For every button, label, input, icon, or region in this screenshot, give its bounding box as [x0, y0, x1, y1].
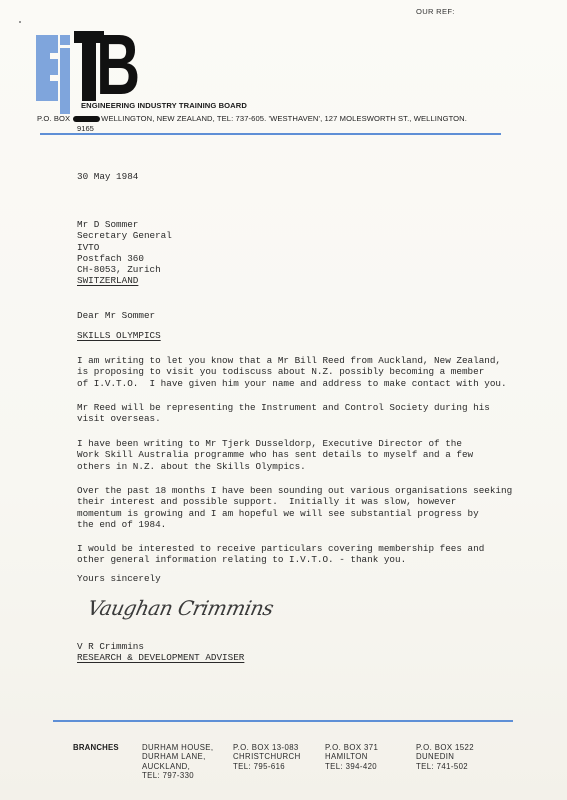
our-ref-label: OUR REF:: [416, 7, 455, 16]
paragraph-line: visit overseas.: [77, 413, 490, 424]
paragraph-line: their interest and possible support. Ini…: [77, 496, 512, 507]
branch-line: TEL: 795-616: [233, 762, 301, 771]
logo-e-notch-lower: [50, 75, 58, 81]
paragraph-4: Over the past 18 months I have been soun…: [77, 485, 512, 530]
signer-title: RESEARCH & DEVELOPMENT ADVISER: [77, 652, 244, 663]
branch-line: HAMILTON: [325, 752, 378, 761]
logo-letter-b: B: [96, 31, 145, 101]
letterhead-rule: [40, 133, 501, 135]
branch-line: TEL: 394-420: [325, 762, 378, 771]
paragraph-line: I am writing to let you know that a Mr B…: [77, 355, 507, 366]
paragraph-line: is proposing to visit you todiscuss abou…: [77, 366, 507, 377]
closing: Yours sincerely: [77, 573, 161, 584]
recipient-line: CH-8053, Zurich: [77, 264, 172, 275]
paragraph-5: I would be interested to receive particu…: [77, 543, 484, 566]
branch-line: P.O. BOX 1522: [416, 743, 474, 752]
logo-e-notch-upper: [50, 53, 58, 59]
organisation-name: ENGINEERING INDUSTRY TRAINING BOARD: [81, 101, 247, 110]
paragraph-3: I have been writing to Mr Tjerk Dusseldo…: [77, 438, 473, 472]
branch-line: DUNEDIN: [416, 752, 474, 761]
logo-letter-i-dot: [60, 35, 70, 45]
branch-line: P.O. BOX 371: [325, 743, 378, 752]
paragraph-line: momentum is growing and I am hopeful we …: [77, 508, 512, 519]
branch-hamilton: P.O. BOX 371 HAMILTON TEL: 394-420: [325, 743, 378, 771]
paragraph-line: other general information relating to I.…: [77, 554, 484, 565]
branch-line: TEL: 741-502: [416, 762, 474, 771]
paragraph-line: Mr Reed will be representing the Instrum…: [77, 402, 490, 413]
branch-christchurch: P.O. BOX 13-083 CHRISTCHURCH TEL: 795-61…: [233, 743, 301, 771]
branch-line: TEL: 797-330: [142, 771, 213, 780]
paragraph-line: of I.V.T.O. I have given him your name a…: [77, 378, 507, 389]
paragraph-line: I have been writing to Mr Tjerk Dusseldo…: [77, 438, 473, 449]
branch-line: CHRISTCHURCH: [233, 752, 301, 761]
recipient-line: IVTO: [77, 242, 172, 253]
branch-dunedin: P.O. BOX 1522 DUNEDIN TEL: 741-502: [416, 743, 474, 771]
recipient-country: SWITZERLAND: [77, 275, 172, 286]
paper-speck: [19, 21, 21, 23]
logo-letter-t: [82, 31, 96, 101]
letterhead-address: P.O. BOXWELLINGTON, NEW ZEALAND, TEL: 73…: [37, 114, 467, 123]
logo-letter-i: [60, 48, 70, 114]
signer-name: V R Crimmins: [77, 641, 244, 652]
branch-line: DURHAM LANE,: [142, 752, 213, 761]
address-text: WELLINGTON, NEW ZEALAND, TEL: 737-605. '…: [101, 114, 467, 123]
handwritten-signature: Vaughan Crimmins: [85, 596, 275, 620]
recipient-line: Secretary General: [77, 230, 172, 241]
redacted-po-box: [73, 116, 100, 122]
salutation: Dear Mr Sommer: [77, 310, 155, 321]
paragraph-2: Mr Reed will be representing the Instrum…: [77, 402, 490, 425]
paragraph-line: I would be interested to receive particu…: [77, 543, 484, 554]
recipient-line: Postfach 360: [77, 253, 172, 264]
paragraph-1: I am writing to let you know that a Mr B…: [77, 355, 507, 389]
paragraph-line: the end of 1984.: [77, 519, 512, 530]
branch-auckland: DURHAM HOUSE, DURHAM LANE, AUCKLAND, TEL…: [142, 743, 213, 780]
postcode: 9165: [77, 124, 94, 133]
logo-letter-e: [36, 35, 58, 101]
signer-block: V R CrimminsRESEARCH & DEVELOPMENT ADVIS…: [77, 641, 244, 664]
letter-page: OUR REF: B ENGINEERING INDUSTRY TRAINING…: [0, 0, 567, 800]
letter-date: 30 May 1984: [77, 171, 138, 182]
recipient-address: Mr D SommerSecretary GeneralIVTOPostfach…: [77, 219, 172, 287]
paragraph-line: others in N.Z. about the Skills Olympics…: [77, 461, 473, 472]
paragraph-line: Over the past 18 months I have been soun…: [77, 485, 512, 496]
branch-line: DURHAM HOUSE,: [142, 743, 213, 752]
branches-label: BRANCHES: [73, 743, 119, 752]
branch-line: AUCKLAND,: [142, 762, 213, 771]
paragraph-line: Work Skill Australia programme who has s…: [77, 449, 473, 460]
subject-line: SKILLS OLYMPICS: [77, 330, 161, 341]
branch-line: P.O. BOX 13-083: [233, 743, 301, 752]
footer-rule: [53, 720, 513, 722]
po-box-label: P.O. BOX: [37, 114, 70, 123]
recipient-line: Mr D Sommer: [77, 219, 172, 230]
